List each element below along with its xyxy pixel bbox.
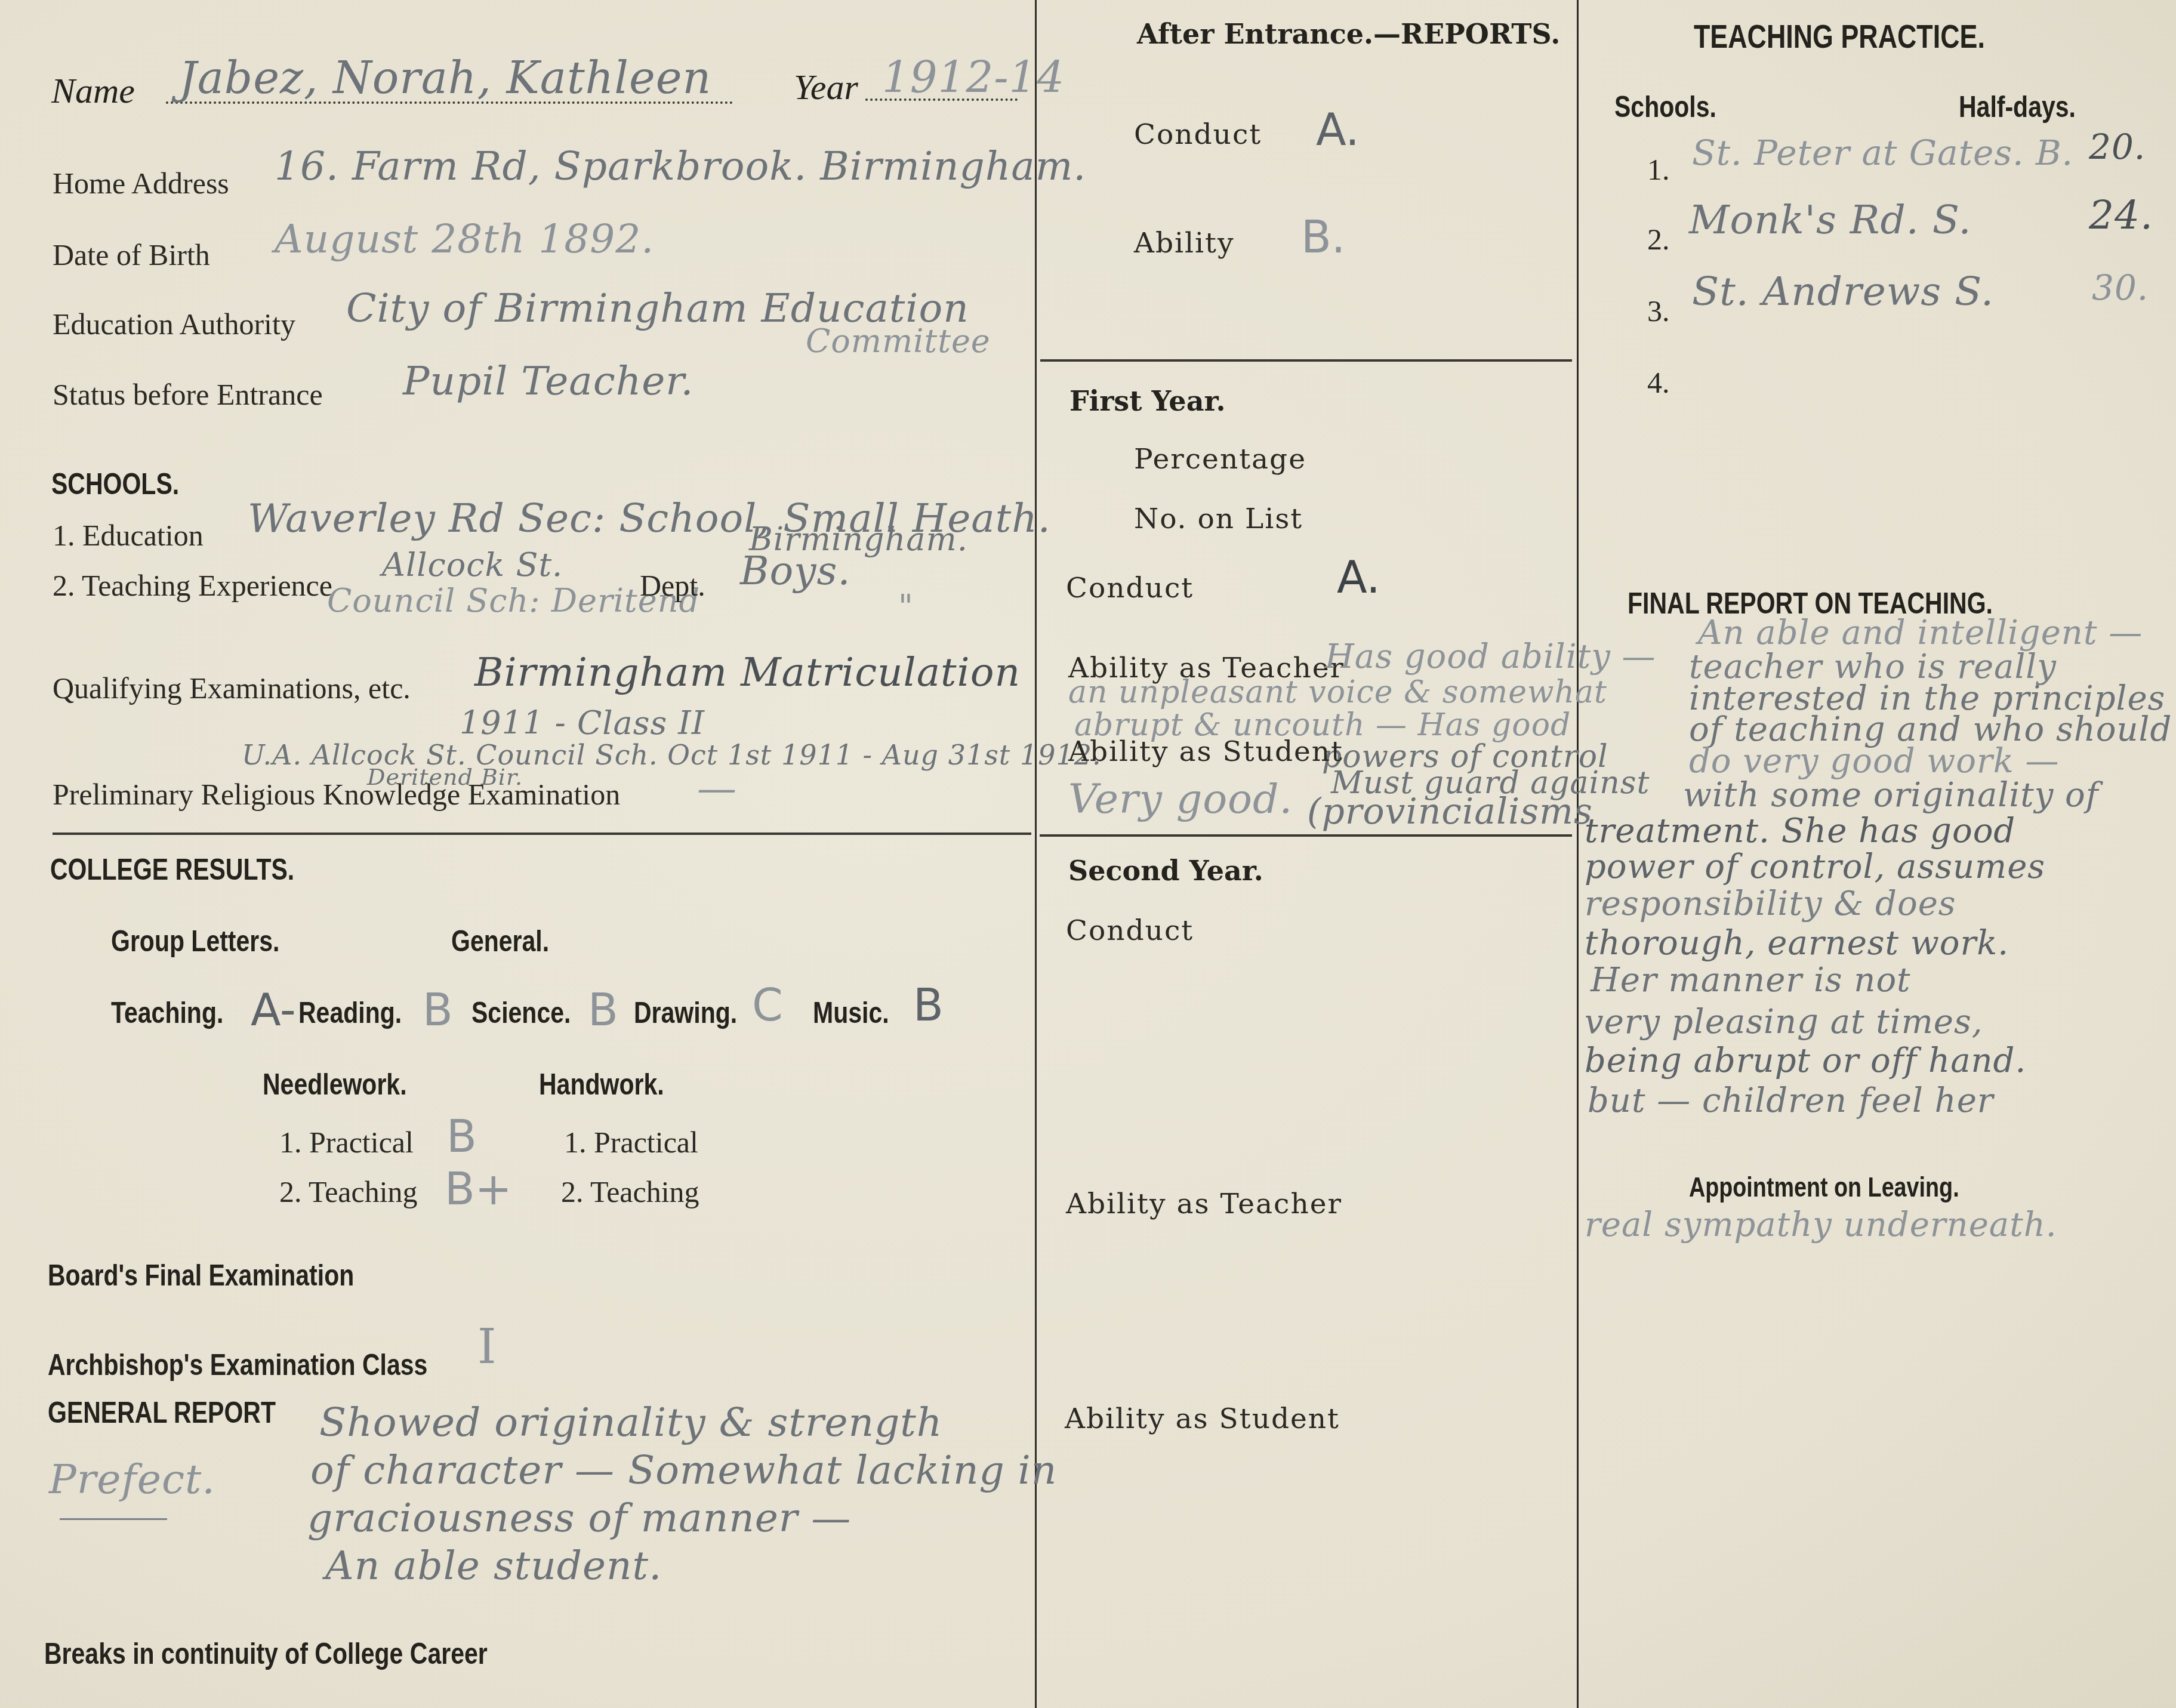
tp-row-1-school: St. Peter at Gates. B. — [1692, 132, 2073, 173]
tp-row-2-school: Monk's Rd. S. — [1689, 197, 1972, 243]
rule-first-year — [1040, 834, 1572, 837]
dept-label: Dept. — [640, 568, 705, 603]
subject-science-label: Science. — [471, 995, 571, 1030]
final-report-line: responsibility & does — [1585, 884, 1956, 923]
tp-row-3-num: 3. — [1647, 294, 1670, 328]
rule-left-college — [53, 833, 1031, 835]
handwork-heading: Handwork. — [539, 1067, 664, 1102]
group-letters-label: Group Letters. — [111, 924, 279, 958]
after-entrance-conduct-value: A. — [1316, 104, 1360, 156]
boards-final-label: Board's Final Examination — [48, 1258, 354, 1293]
general-report-heading: GENERAL REPORT — [48, 1395, 276, 1430]
final-report-line: with some originality of — [1683, 776, 2099, 815]
needlework-practical-label: 1. Practical — [279, 1125, 414, 1160]
second-year-heading: Second Year. — [1068, 855, 1263, 887]
general-report-line-2: of character — Somewhat lacking in — [310, 1447, 1057, 1493]
first-year-ability-student-label: Ability as Student — [1068, 735, 1343, 768]
tp-row-3-school: St. Andrews S. — [1692, 269, 1994, 315]
second-year-ability-teacher-label: Ability as Teacher — [1066, 1188, 1342, 1220]
general-report-line-3: graciousness of manner — — [307, 1495, 851, 1541]
teaching-experience-label: 2. Teaching Experience — [53, 568, 332, 603]
education-authority-label: Education Authority — [53, 307, 295, 341]
rule-after-entrance — [1040, 359, 1572, 362]
name-value: Jabez, Norah, Kathleen — [179, 53, 711, 104]
tp-row-2-halfdays: 24. — [2089, 192, 2153, 238]
final-report-line: Her manner is not — [1591, 961, 1911, 1000]
dob-label: Date of Birth — [53, 238, 210, 272]
student-record-card: Name Jabez, Norah, Kathleen Year 1912-14… — [0, 0, 2176, 1708]
final-report-line: power of control, assumes — [1585, 847, 2045, 886]
subject-music-label: Music. — [813, 995, 889, 1030]
after-entrance-ability-label: Ability — [1134, 227, 1235, 260]
name-label: Name — [51, 70, 135, 112]
final-report-line: real sympathy underneath. — [1585, 1206, 2057, 1244]
second-year-ability-student-label: Ability as Student — [1065, 1402, 1340, 1435]
subject-music-grade: B — [913, 980, 944, 1031]
teaching-experience-value: Allcock St. — [382, 546, 563, 584]
second-year-conduct-label: Conduct — [1066, 914, 1194, 947]
needlework-heading: Needlework. — [263, 1067, 407, 1102]
subject-drawing-label: Drawing. — [634, 995, 737, 1030]
preliminary-religious-value: — — [697, 765, 737, 811]
home-address-value: 16. Farm Rd, Sparkbrook. Birmingham. — [275, 143, 1086, 189]
after-entrance-ability-value: B. — [1301, 212, 1345, 263]
first-year-conduct-value: A. — [1337, 552, 1380, 603]
final-report-line: being abrupt or off hand. — [1585, 1041, 2026, 1080]
year-label: Year — [794, 67, 858, 108]
archbishop-value: I — [477, 1319, 497, 1374]
needlework-teaching-grade: B+ — [445, 1164, 512, 1215]
final-report-line: treatment. She has good — [1585, 812, 2015, 850]
status-label: Status before Entrance — [53, 377, 323, 412]
appointment-label: Appointment on Leaving. — [1689, 1171, 1959, 1203]
year-value: 1912-14 — [882, 53, 1065, 103]
dob-value: August 28th 1892. — [275, 216, 654, 262]
subject-reading-label: Reading. — [298, 995, 402, 1030]
qualifying-exams-label: Qualifying Examinations, etc. — [53, 671, 411, 705]
handwork-teaching-label: 2. Teaching — [561, 1174, 699, 1209]
first-year-no-on-list-label: No. on List — [1134, 502, 1303, 535]
dept-value: Boys. — [740, 548, 850, 594]
first-year-heading: First Year. — [1069, 385, 1225, 417]
status-value: Pupil Teacher. — [403, 358, 694, 404]
subject-science-grade: B — [588, 985, 618, 1036]
first-year-ability-student-note-line-2: (provincialisms — [1307, 791, 1593, 833]
general-report-line-1: Showed originality & strength — [319, 1399, 942, 1445]
after-entrance-heading: After Entrance.—REPORTS. — [1137, 18, 1560, 50]
final-report-line: An able and intelligent — — [1698, 613, 2143, 652]
qualifying-exams-value: Birmingham Matriculation — [474, 649, 1021, 695]
subject-teaching-grade: A- — [251, 985, 296, 1036]
teaching-practice-heading: TEACHING PRACTICE. — [1694, 17, 1985, 56]
first-year-ability-student-value: Very good. — [1068, 776, 1293, 823]
first-year-ability-teacher-line-1: Has good ability — — [1325, 637, 1656, 676]
tp-row-1-halfdays: 20. — [2089, 127, 2146, 167]
prefect-note: Prefect. — [49, 1456, 215, 1503]
general-report-line-4: An able student. — [325, 1543, 662, 1589]
tp-row-4-num: 4. — [1647, 365, 1670, 400]
tp-row-1-num: 1. — [1647, 152, 1670, 187]
first-year-percentage-label: Percentage — [1134, 443, 1306, 476]
subject-drawing-grade: C — [752, 980, 783, 1031]
teaching-practice-halfdays-col: Half-days. — [1959, 90, 2076, 124]
tp-row-3-halfdays: 30. — [2092, 267, 2149, 308]
preliminary-religious-label: Preliminary Religious Knowledge Examinat… — [53, 777, 620, 812]
breaks-label: Breaks in continuity of College Career — [44, 1636, 488, 1671]
after-entrance-conduct-label: Conduct — [1134, 118, 1262, 151]
final-report-line: thorough, earnest work. — [1585, 924, 2009, 963]
first-year-ability-teacher-line-2: an unpleasant voice & somewhat — [1068, 674, 1607, 710]
schools-heading: SCHOOLS. — [51, 467, 179, 501]
handwork-practical-label: 1. Practical — [564, 1125, 698, 1160]
qualifying-exams-value-line2: 1911 - Class II — [460, 704, 705, 742]
dept-ditto: " — [898, 588, 914, 625]
education-authority-value-line2: Committee — [806, 322, 991, 360]
teaching-practice-schools-col: Schools. — [1614, 90, 1716, 124]
subject-teaching-label: Teaching. — [111, 995, 223, 1030]
college-results-heading: COLLEGE RESULTS. — [50, 852, 294, 887]
subject-reading-grade: B — [423, 985, 453, 1036]
archbishop-label: Archbishop's Examination Class — [48, 1348, 427, 1382]
prefect-underline — [60, 1518, 167, 1520]
column-divider-right — [1577, 0, 1579, 1708]
final-report-line: do very good work — — [1689, 742, 2059, 781]
needlework-teaching-label: 2. Teaching — [279, 1174, 418, 1209]
general-label: General. — [451, 924, 549, 958]
tp-row-2-num: 2. — [1647, 222, 1670, 257]
first-year-conduct-label: Conduct — [1066, 572, 1194, 605]
home-address-label: Home Address — [53, 166, 229, 201]
final-report-line: very pleasing at times, — [1585, 1003, 1983, 1041]
final-report-line: but — children feel her — [1588, 1081, 1994, 1120]
education-label: 1. Education — [53, 518, 204, 553]
needlework-practical-grade: B — [446, 1111, 477, 1163]
